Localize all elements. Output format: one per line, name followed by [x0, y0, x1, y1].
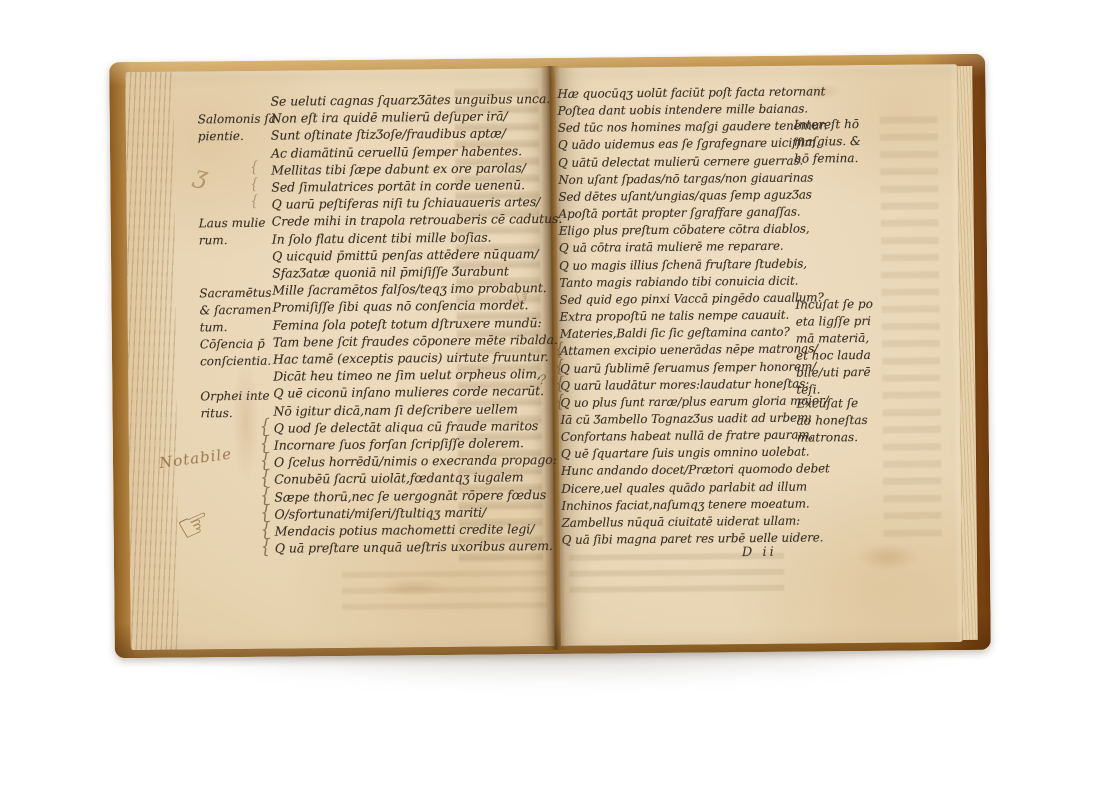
margin-note: Orphei inte ritus.: [200, 388, 282, 423]
brace-mark: {: [250, 159, 258, 174]
photo-background: Salomonis ſa pientie. Laus mulie rum. Sa…: [0, 0, 1100, 799]
brace-mark: {: [555, 375, 564, 393]
margin-note: Incuſat ſe po eta ligſſe pri mā materiā,…: [795, 296, 892, 398]
brace-mark: {: [555, 393, 564, 411]
query-mark: ?: [539, 373, 546, 388]
page-edges-left: [125, 72, 179, 650]
margin-note: Intereſt hō maſgius. & hō femina.: [794, 116, 890, 168]
text-line: Q uicquid p̄mittū penſas attēdere nūquam…: [272, 245, 563, 265]
book: Salomonis ſa pientie. Laus mulie rum. Sa…: [109, 54, 991, 658]
text-line: Crede mihi in trapola retrouaberis cē ca…: [272, 210, 563, 230]
brace-mark: {: [261, 537, 271, 557]
text-line: Q uarū ſublimē ſeruamus ſemper honorem/: [560, 358, 830, 378]
brace-mark: {: [250, 193, 258, 208]
text-line: Q uā ſibi magna paret res urbē uelle uid…: [562, 529, 832, 549]
margin-note: Excuſat ſe ad honeſtas matronas.: [796, 395, 892, 447]
text-line: Q uā preſtare unquā ueſtris uxoribus aur…: [275, 537, 566, 557]
text-line: Attamen excipio uenerādas nēpe matronas/: [560, 341, 830, 361]
brace-mark: {: [250, 176, 258, 191]
text-line: Sæpe thorū,nec ſe uergognāt rōpere fœdus: [274, 486, 565, 506]
margin-note: Salomonis ſa pientie.: [198, 111, 280, 146]
margin-note: Cōſencia p̄ conſcientia.: [200, 336, 282, 371]
left-page-text: Se ueluti cagnas ſquarzƷātes unguibus un…: [270, 90, 565, 557]
text-line: Se ueluti cagnas ſquarzƷātes unguibus un…: [270, 90, 561, 110]
text-line: Eligo plus preſtum cōbatere cōtra diablo…: [559, 221, 829, 241]
right-page-text: Hæ quocūqʒ uolūt faciūt poſt facta retor…: [557, 83, 831, 549]
text-line: Q uē ciconū inſano mulieres corde necarū…: [273, 382, 564, 402]
text-line: Q uādo uidemus eas ſe ſgrafegnare uiciſſ…: [558, 135, 828, 155]
text-line: Q uo magis illius ſchenā fruſtare ſtudeb…: [559, 255, 829, 275]
text-line: Hunc andando docet/Prætori quomodo debet: [561, 461, 831, 481]
text-line: Dicere,uel quales quādo parlabit ad illu…: [561, 478, 831, 498]
quire-signature: D ii: [742, 545, 777, 560]
margin-note: Laus mulie rum.: [199, 215, 281, 250]
margin-note: Sacramētus & ſacramen tum.: [199, 285, 281, 337]
